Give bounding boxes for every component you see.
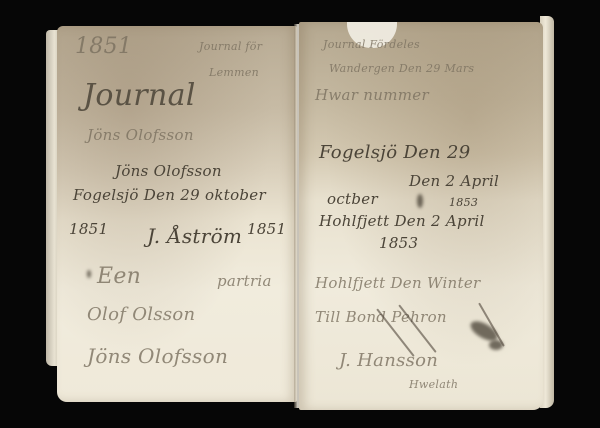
- handwriting-signature: Jöns Olofsson: [87, 344, 228, 368]
- handwriting-year: 1851: [69, 220, 108, 238]
- handwriting-name: Jöns Olofsson: [115, 162, 222, 180]
- handwriting-year: 1853: [379, 234, 418, 252]
- photo-background: 1851 Journal för Lemmen Journal Jöns Olo…: [0, 0, 600, 428]
- handwriting-word: partria: [217, 272, 272, 290]
- handwriting-note: Journal Fördeles: [323, 38, 420, 51]
- handwriting-note: Hwar nummer: [315, 86, 429, 104]
- handwriting-place-date: Fogelsjö Den 29: [319, 142, 470, 163]
- handwriting-place-date: Fogelsjö Den 29 oktober: [73, 186, 266, 204]
- ink-blot: [87, 270, 91, 278]
- journal-title: Journal: [83, 78, 196, 113]
- journal-right-page: Journal Fördeles Wandergen Den 29 Mars H…: [299, 22, 543, 410]
- handwriting-flourish: Een: [97, 264, 141, 289]
- handwriting-year-top: 1851: [75, 34, 132, 59]
- handwriting-note: Journal för: [199, 40, 262, 53]
- journal-left-page: 1851 Journal för Lemmen Journal Jöns Olo…: [57, 26, 297, 402]
- handwriting-name: Jöns Olofsson: [87, 126, 194, 144]
- handwriting-year: 1853: [449, 196, 478, 209]
- ink-blot: [417, 194, 423, 208]
- handwriting-note: Till Bond Pehron: [315, 308, 447, 326]
- handwriting-note: Wandergen Den 29 Mars: [329, 62, 474, 75]
- handwriting-name: Olof Olsson: [87, 304, 195, 325]
- handwriting-signature: J. Åström: [147, 224, 242, 248]
- handwriting-note: Hohlfjett Den Winter: [315, 274, 481, 292]
- handwriting-signature: Hwelath: [409, 378, 458, 391]
- handwriting-note: Lemmen: [209, 66, 259, 79]
- handwriting-date: Den 2 April: [409, 172, 499, 190]
- handwriting-word: octber: [327, 190, 378, 208]
- handwriting-signature: J. Hansson: [339, 350, 438, 371]
- handwriting-year: 1851: [247, 220, 286, 238]
- handwriting-place-date: Hohlfjett Den 2 April: [319, 212, 485, 230]
